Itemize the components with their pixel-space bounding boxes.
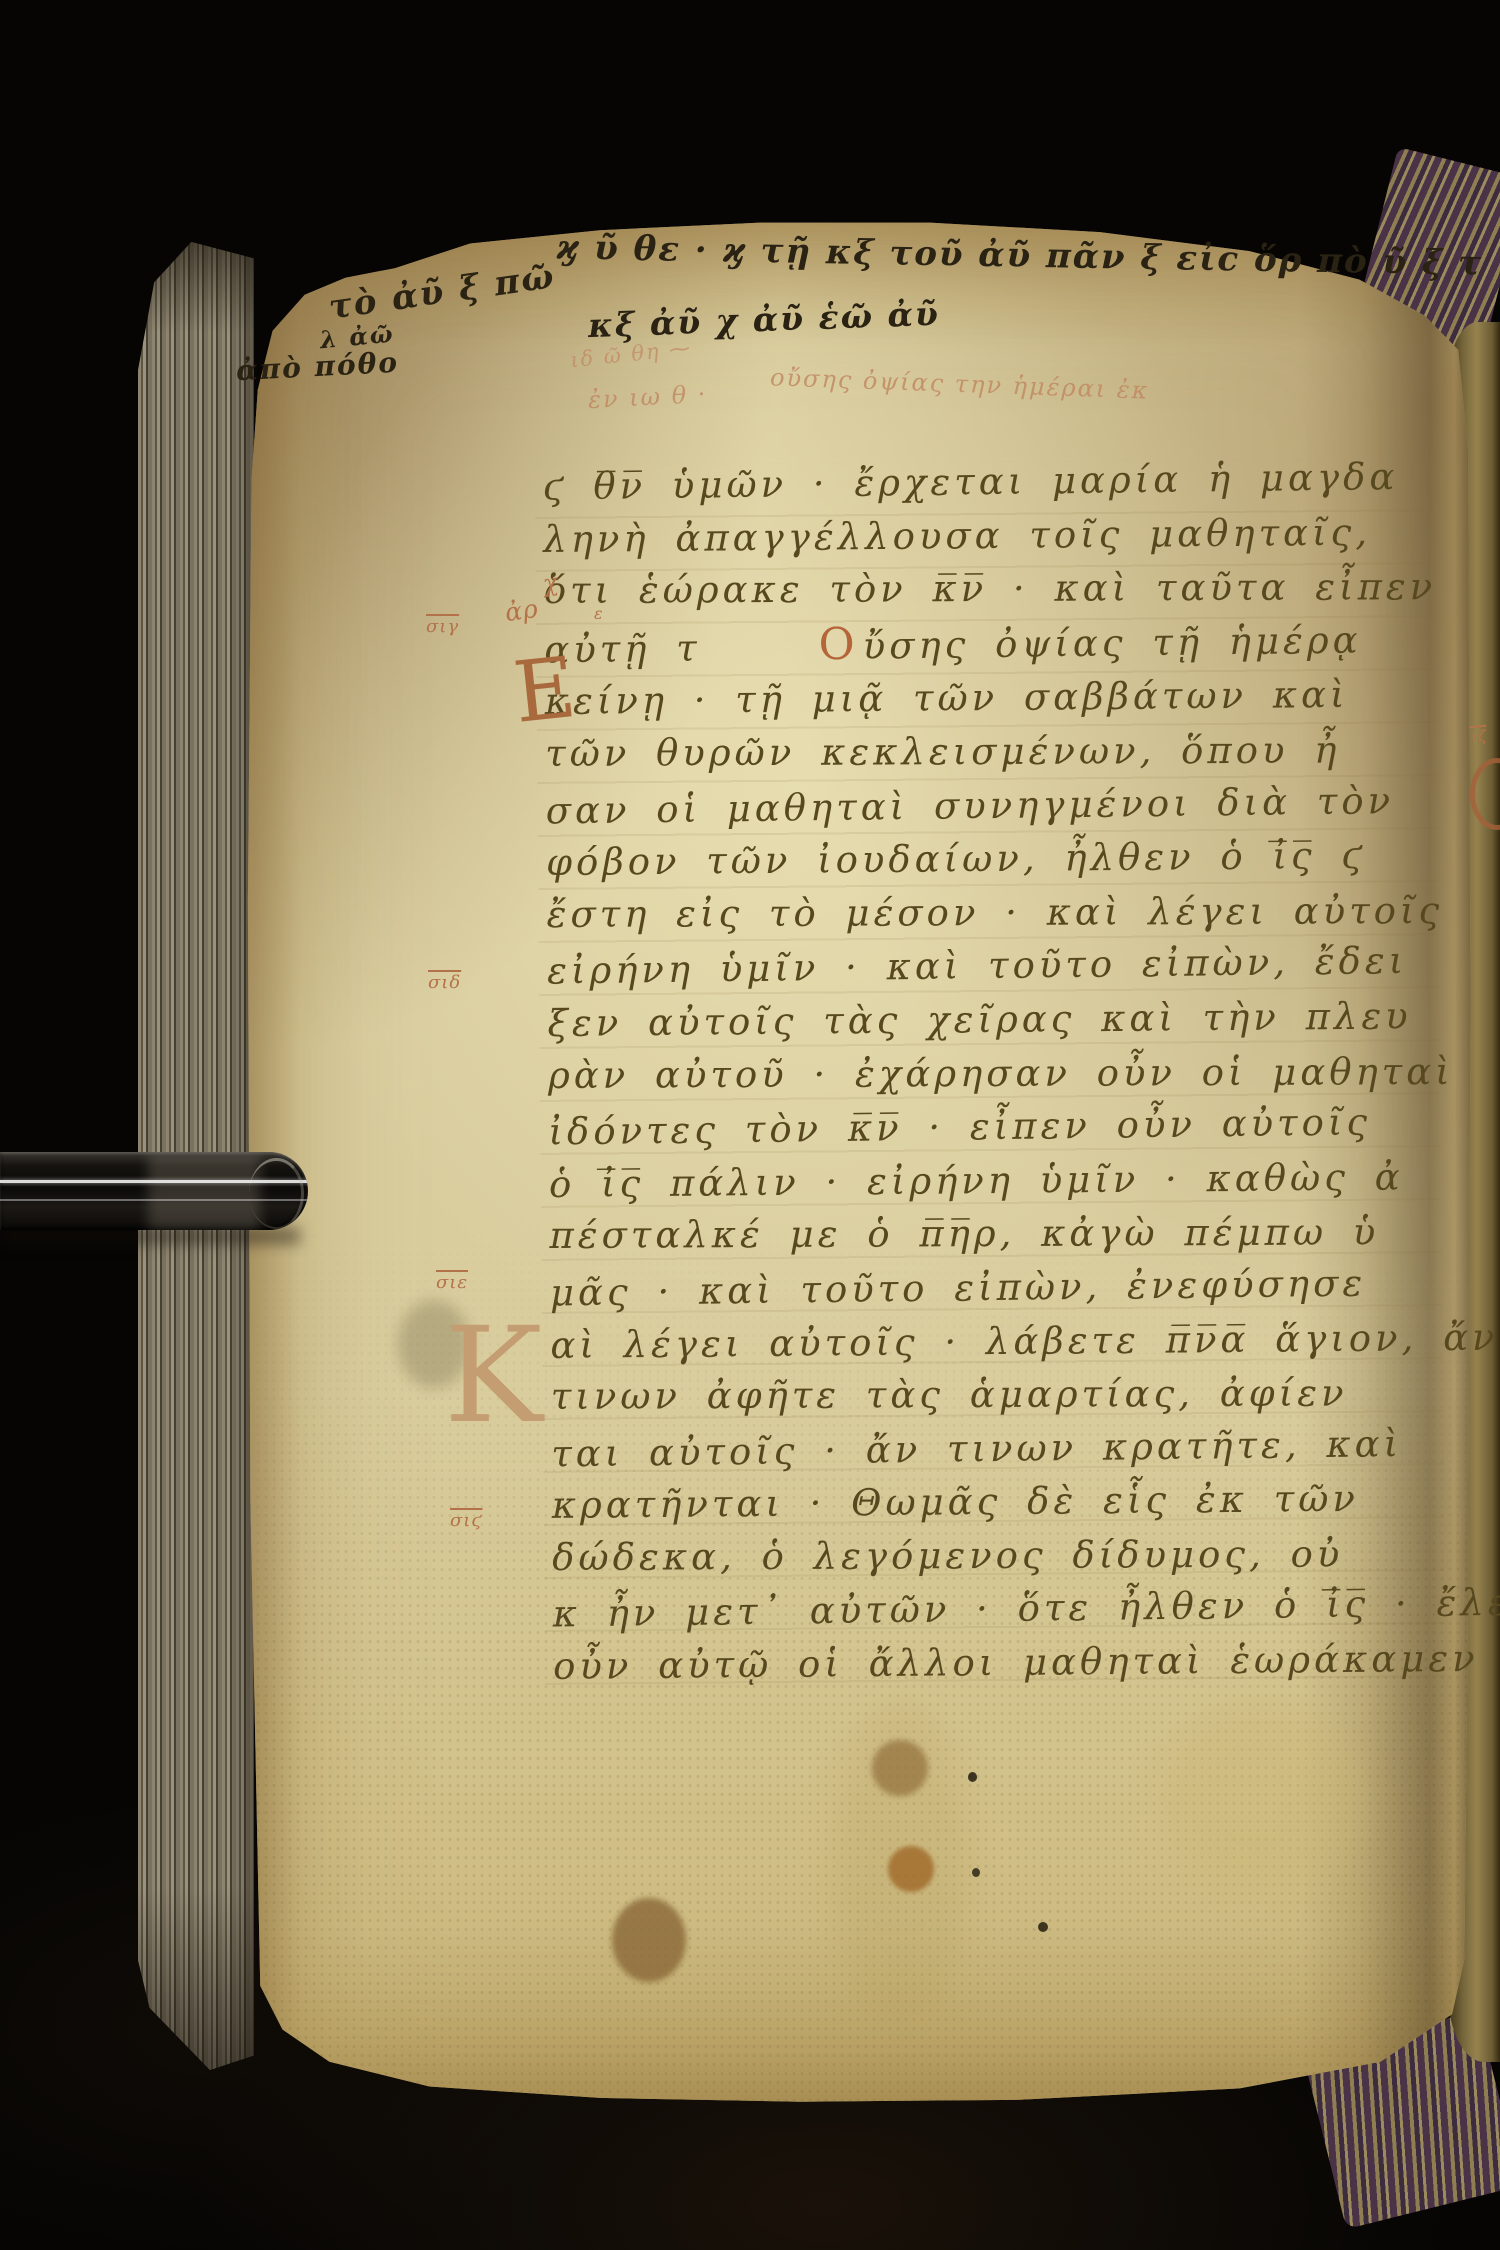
glass-rod-tip-highlight: [249, 1158, 304, 1229]
text-line: σαν οἱ μαθηταὶ συνηγμένοι διὰ τὸν: [545, 773, 1451, 838]
text-line: ξεν αὐτοῖς τὰς χεῖρας καὶ τὴν πλευ: [547, 989, 1452, 1050]
text-line: ὁ ἰ̅ς̅ πάλιν · εἰρήνη ὑμῖν · καθὼς ἀ: [549, 1150, 1454, 1211]
margin-mark: ἀρ: [503, 594, 540, 627]
text-line: εἰρήνη ὑμῖν · καὶ τοῦτο εἰπὼν, ἔδει: [547, 934, 1453, 999]
illuminated-initial: Ε: [510, 645, 580, 735]
stain: [612, 1898, 686, 1982]
text-line: αὐτῇ τΟὔσης ὀψίας τῇ ἡμέρᾳ: [544, 610, 1450, 677]
margin-mark: σιϛ: [450, 1510, 482, 1531]
text-line: κ ἦν μετ᾽ αὐτῶν · ὅτε ἦλθεν ὁ ἰ̅ς̅ · ἔλε…: [552, 1577, 1458, 1642]
text-line: ρὰν αὐτοῦ · ἐχάρησαν οὖν οἱ μαθηταὶ: [548, 1045, 1453, 1103]
manuscript-photo: ϛ θ̅ν̅ ὑμῶν · ἔρχεται μαρία ἡ μαγδαληνὴ …: [0, 0, 1500, 2250]
text-line: αὶ λέγει αὐτοῖς · λάβετε π̅ν̅α̅ ἅγιον, ἄ…: [550, 1311, 1455, 1372]
glass-rod-refraction: [148, 1152, 260, 1230]
margin-mark: ε: [594, 604, 604, 623]
text-line: τῶν θυρῶν κεκλεισμένων, ὅπου ἦ: [545, 723, 1450, 781]
stain: [972, 1868, 980, 1877]
text-line: κρατῆνται · Θωμᾶς δὲ εἷς ἐκ τῶν: [552, 1471, 1457, 1532]
main-text-block: ϛ θ̅ν̅ ὑμῶν · ἔρχεται μαρία ἡ μαγδαληνὴ …: [543, 451, 1459, 1694]
text-line: μᾶς · καὶ τοῦτο εἰπὼν, ἐνεφύσησε: [550, 1255, 1456, 1320]
margin-mark: σιδ: [428, 972, 461, 993]
text-line-segment: ὔσης ὀψίας τῇ ἡμέρᾳ: [862, 618, 1361, 667]
text-line: τινων ἀφῆτε τὰς ἁμαρτίας, ἀφίεν: [551, 1366, 1456, 1424]
text-line: οὖν αὐτῷ οἱ ἄλλοι μαθηταὶ ἑωράκαμεν: [553, 1632, 1458, 1693]
stain: [1160, 1700, 1360, 1890]
margin-mark: σιγ: [426, 616, 459, 637]
text-line: φόβον τῶν ἰουδαίων, ἦλθεν ὁ ἰ̅ς̅ ϛ: [546, 828, 1451, 889]
text-line: ται αὐτοῖς · ἄν τινων κρατῆτε, καὶ: [551, 1416, 1457, 1481]
text-line: ἰδόντες τὸν κ̅ν̅ · εἶπεν οὖν αὐτοῖς: [548, 1095, 1454, 1160]
text-line: ϛ θ̅ν̅ ὑμῶν · ἔρχεται μαρία ἡ μαγδα: [543, 449, 1449, 514]
glass-rod: [0, 1152, 308, 1230]
stain: [1038, 1922, 1048, 1932]
text-line: ὅτι ἑώρακε τὸν κ̅ν̅ · καὶ ταῦτα εἶπεν: [544, 560, 1449, 618]
text-line: κείνῃ · τῇ μιᾷ τῶν σαββάτων καὶ: [545, 667, 1450, 728]
text-line: ληνὴ ἀπαγγέλλουσα τοῖς μαθηταῖς,: [543, 505, 1448, 566]
text-line: πέσταλκέ με ὁ π̅η̅ρ, κἀγὼ πέμπω ὑ: [549, 1205, 1454, 1263]
illuminated-initial: Κ: [444, 1310, 543, 1442]
margin-mark: σιε: [436, 1272, 468, 1293]
text-line: ἔστη εἰς τὸ μέσον · καὶ λέγει αὐτοῖς: [546, 884, 1451, 942]
glass-rod-shadow: [0, 1228, 300, 1244]
stain: [968, 1772, 977, 1782]
rubric-initial-inline: Ο: [818, 619, 855, 670]
text-line: δώδεκα, ὁ λεγόμενος δίδυμος, οὐ: [552, 1527, 1457, 1585]
stain: [830, 1700, 970, 2030]
